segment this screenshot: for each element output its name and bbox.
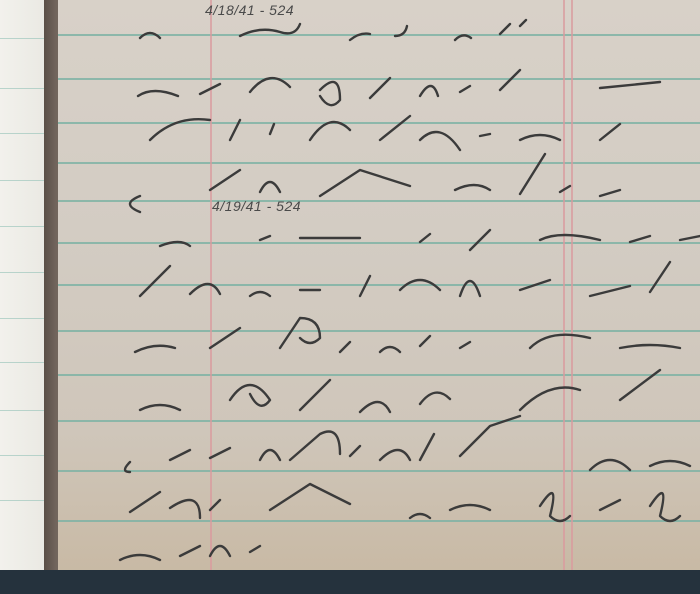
- shorthand-strokes: [0, 0, 700, 594]
- background-surface: [0, 570, 700, 594]
